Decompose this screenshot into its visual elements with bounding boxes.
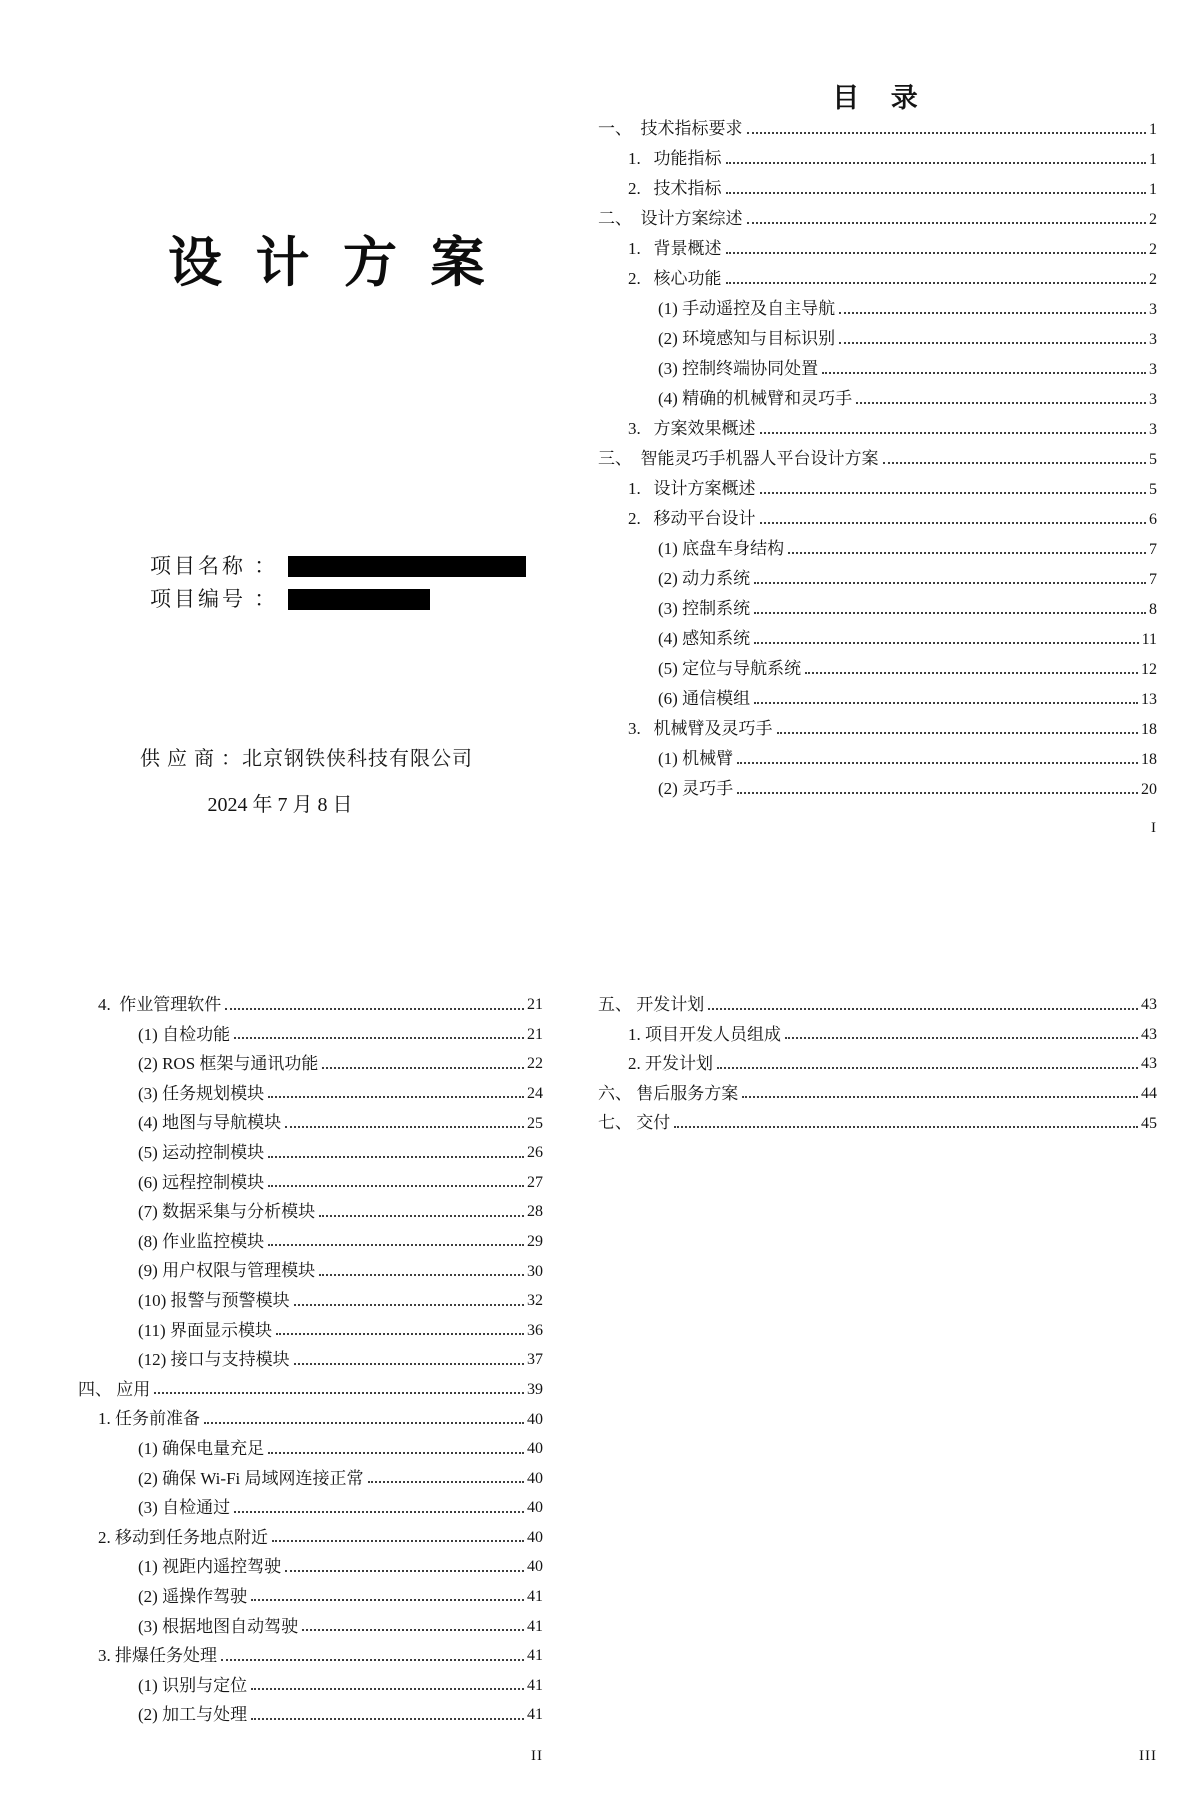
toc-entry: (2) 遥操作驾驶41 (78, 1581, 543, 1611)
toc-leader-dots (726, 252, 1147, 254)
toc-entry: (2) 灵巧手20 (598, 773, 1157, 803)
toc-leader-dots (251, 1718, 524, 1720)
toc-entry: (1) 底盘车身结构7 (598, 533, 1157, 563)
toc-entry-label: (6) 通信模组 (658, 689, 750, 709)
toc-entry-label: (4) 精确的机械臂和灵巧手 (658, 389, 852, 409)
toc-leader-dots (322, 1067, 524, 1069)
toc-entry: (1) 视距内遥控驾驶40 (78, 1551, 543, 1581)
toc-entry-page-number: 45 (1141, 1115, 1157, 1133)
toc-entry: (1) 手动遥控及自主导航3 (598, 293, 1157, 323)
document-date: 2024 年 7 月 8 日 (0, 788, 560, 817)
toc-entry-page-number: 1 (1149, 181, 1157, 199)
toc-entry: 3. 机械臂及灵巧手18 (598, 713, 1157, 743)
toc-entry-label: 六、 售后服务方案 (598, 1084, 738, 1104)
toc-leader-dots (251, 1688, 524, 1690)
toc-entry-label: 2. 核心功能 (628, 269, 722, 289)
toc-entry-page-number: 3 (1149, 421, 1157, 439)
toc-entry-page-number: 28 (527, 1203, 543, 1221)
toc-entry: (2) 加工与处理41 (78, 1699, 543, 1729)
toc-entry-label: (4) 感知系统 (658, 629, 750, 649)
toc-leader-dots (754, 702, 1138, 704)
toc-entry-page-number: 3 (1149, 331, 1157, 349)
toc-entry: (2) 确保 Wi-Fi 局域网连接正常40 (78, 1463, 543, 1493)
toc-entry: 1. 项目开发人员组成43 (598, 1019, 1157, 1049)
toc-entry-page-number: 41 (527, 1588, 543, 1606)
toc-leader-dots (221, 1659, 524, 1661)
toc-page-1: 目 录 一、 技术指标要求11. 功能指标12. 技术指标1二、 设计方案综述2… (560, 0, 1200, 900)
toc-entry-label: (3) 控制终端协同处置 (658, 359, 818, 379)
toc-leader-dots (319, 1215, 524, 1217)
toc-leader-dots (234, 1511, 524, 1513)
toc-entry-label: 七、 交付 (598, 1113, 670, 1133)
toc-entry-label: (2) ROS 框架与通讯功能 (138, 1054, 318, 1074)
toc-entry-label: (3) 控制系统 (658, 599, 750, 619)
toc-entry-label: (9) 用户权限与管理模块 (138, 1261, 315, 1281)
page-number-footer-2: II (78, 1748, 543, 1765)
toc-entry-label: 3. 机械臂及灵巧手 (628, 719, 773, 739)
toc-entry-label: 四、 应用 (78, 1380, 150, 1400)
toc-entry-label: 一、 技术指标要求 (598, 119, 743, 139)
toc-entry-page-number: 36 (527, 1322, 543, 1340)
toc-leader-dots (747, 222, 1147, 224)
toc-leader-dots (285, 1126, 524, 1128)
toc-leader-dots (225, 1008, 524, 1010)
toc-entry-page-number: 41 (527, 1706, 543, 1724)
page-number-footer-1: I (598, 820, 1157, 837)
toc-entry-page-number: 40 (527, 1470, 543, 1488)
toc-leader-dots (251, 1599, 524, 1601)
toc-entry: (4) 地图与导航模块25 (78, 1107, 543, 1137)
toc-entry: (3) 控制系统8 (598, 593, 1157, 623)
toc-entry-label: (2) 加工与处理 (138, 1705, 247, 1725)
toc-leader-dots (760, 522, 1147, 524)
toc-entry-page-number: 26 (527, 1144, 543, 1162)
toc-leader-dots (276, 1333, 524, 1335)
toc-leader-dots (708, 1008, 1138, 1010)
toc-entry: (10) 报警与预警模块32 (78, 1285, 543, 1315)
toc-leader-dots (760, 492, 1147, 494)
toc-entry: 六、 售后服务方案44 (598, 1078, 1157, 1108)
toc-entry-label: (2) 遥操作驾驶 (138, 1587, 247, 1607)
toc-leader-dots (154, 1392, 524, 1394)
toc-entry-label: 1. 项目开发人员组成 (628, 1025, 781, 1045)
toc-entry-label: 2. 技术指标 (628, 179, 722, 199)
toc-entry-label: (1) 自检功能 (138, 1025, 230, 1045)
toc-leader-dots (726, 282, 1147, 284)
toc-leader-dots (268, 1452, 524, 1454)
toc-entry-label: 3. 方案效果概述 (628, 419, 756, 439)
toc-entry-page-number: 43 (1141, 1026, 1157, 1044)
toc-entry-page-number: 13 (1141, 691, 1157, 709)
toc-leader-dots (368, 1481, 525, 1483)
toc-entry: 五、 开发计划43 (598, 989, 1157, 1019)
toc-leader-dots (747, 132, 1147, 134)
toc-entry-label: (1) 底盘车身结构 (658, 539, 784, 559)
toc-entry-page-number: 3 (1149, 301, 1157, 319)
toc-entry-page-number: 41 (527, 1677, 543, 1695)
toc-entry: 一、 技术指标要求1 (598, 113, 1157, 143)
toc-leader-dots (726, 162, 1147, 164)
toc-entry-label: (5) 运动控制模块 (138, 1143, 264, 1163)
toc-entry-label: (4) 地图与导航模块 (138, 1113, 281, 1133)
toc-entry-page-number: 25 (527, 1115, 543, 1133)
toc-entry: 1. 设计方案概述5 (598, 473, 1157, 503)
toc-entry-page-number: 43 (1141, 1055, 1157, 1073)
project-code-label: 项目编号 ： (150, 589, 278, 610)
toc-entry: (3) 自检通过40 (78, 1492, 543, 1522)
toc-entry-label: 2. 移动到任务地点附近 (98, 1528, 268, 1548)
toc-entry-page-number: 27 (527, 1174, 543, 1192)
toc-entry: 2. 移动到任务地点附近40 (78, 1522, 543, 1552)
project-name-redacted-bar (288, 556, 526, 577)
toc-entry-page-number: 24 (527, 1085, 543, 1103)
toc-entry: (6) 远程控制模块27 (78, 1167, 543, 1197)
toc-entry-label: 三、 智能灵巧手机器人平台设计方案 (598, 449, 879, 469)
toc-entry-page-number: 41 (527, 1618, 543, 1636)
toc-entry-page-number: 20 (1141, 781, 1157, 799)
toc-leader-dots (760, 432, 1147, 434)
toc-entry-page-number: 6 (1149, 511, 1157, 529)
toc-entry-label: (3) 自检通过 (138, 1498, 230, 1518)
toc-entry: (4) 精确的机械臂和灵巧手3 (598, 383, 1157, 413)
toc-entry: 2. 开发计划43 (598, 1048, 1157, 1078)
toc-entry-page-number: 12 (1141, 661, 1157, 679)
toc-entry-label: 4. 作业管理软件 (98, 995, 221, 1015)
toc-entry-label: 二、 设计方案综述 (598, 209, 743, 229)
title-page: 设 计 方 案 项目名称 ： 项目编号 ： 供 应 商 ：北京钢铁侠科技有限公司… (0, 0, 560, 900)
toc-header: 目 录 (598, 76, 1158, 115)
document-title: 设 计 方 案 (168, 234, 495, 293)
toc-entry-page-number: 2 (1149, 211, 1157, 229)
toc-entry-page-number: 21 (527, 1026, 543, 1044)
toc-entry: 3. 方案效果概述3 (598, 413, 1157, 443)
toc-entry: (5) 运动控制模块26 (78, 1137, 543, 1167)
project-code-field: 项目编号 ： (150, 586, 430, 612)
toc-entry-label: (7) 数据采集与分析模块 (138, 1202, 315, 1222)
toc-entry-page-number: 29 (527, 1233, 543, 1251)
toc-entry-label: 2. 开发计划 (628, 1054, 713, 1074)
toc-leader-dots (737, 762, 1138, 764)
toc-entry: (9) 用户权限与管理模块30 (78, 1255, 543, 1285)
toc-entry: (2) 环境感知与目标识别3 (598, 323, 1157, 353)
toc-entry: (1) 识别与定位41 (78, 1670, 543, 1700)
toc-entry-page-number: 18 (1141, 751, 1157, 769)
toc-entry-label: (1) 识别与定位 (138, 1676, 247, 1696)
toc-leader-dots (822, 372, 1146, 374)
toc-entry-label: (8) 作业监控模块 (138, 1232, 264, 1252)
toc-leader-dots (754, 582, 1146, 584)
toc-entry: (4) 感知系统11 (598, 623, 1157, 653)
toc-entry: (11) 界面显示模块36 (78, 1315, 543, 1345)
toc-entry-page-number: 5 (1149, 451, 1157, 469)
toc-entry-label: (6) 远程控制模块 (138, 1173, 264, 1193)
toc-leader-dots (268, 1244, 524, 1246)
toc-entry-label: (11) 界面显示模块 (138, 1321, 272, 1341)
toc-entry-label: (1) 确保电量充足 (138, 1439, 264, 1459)
toc-entry: 1. 背景概述2 (598, 233, 1157, 263)
toc-entry-page-number: 40 (527, 1499, 543, 1517)
toc-leader-dots (204, 1422, 524, 1424)
toc-page-2: 4. 作业管理软件21(1) 自检功能21(2) ROS 框架与通讯功能22(3… (0, 900, 600, 1800)
toc-entry-label: (1) 机械臂 (658, 749, 733, 769)
toc-leader-dots (737, 792, 1138, 794)
toc-entry-label: (1) 视距内遥控驾驶 (138, 1557, 281, 1577)
toc-entry-label: 2. 移动平台设计 (628, 509, 756, 529)
toc-leader-dots (883, 462, 1147, 464)
toc-entry: (6) 通信模组13 (598, 683, 1157, 713)
toc-entry: 1. 功能指标1 (598, 143, 1157, 173)
toc-leader-dots (302, 1629, 524, 1631)
toc-leader-dots (839, 312, 1146, 314)
toc-leader-dots (788, 552, 1146, 554)
toc-leader-dots (726, 192, 1147, 194)
toc-entry-label: (2) 灵巧手 (658, 779, 733, 799)
toc-list-1: 一、 技术指标要求11. 功能指标12. 技术指标1二、 设计方案综述21. 背… (598, 113, 1157, 803)
toc-entry-page-number: 40 (527, 1558, 543, 1576)
toc-entry-label: (3) 任务规划模块 (138, 1084, 264, 1104)
toc-entry-page-number: 3 (1149, 361, 1157, 379)
toc-leader-dots (742, 1096, 1138, 1098)
toc-entry-page-number: 44 (1141, 1085, 1157, 1103)
toc-entry: (2) 动力系统7 (598, 563, 1157, 593)
toc-leader-dots (777, 732, 1139, 734)
toc-leader-dots (268, 1185, 524, 1187)
project-name-field: 项目名称 ： (150, 553, 526, 579)
toc-entry: (2) ROS 框架与通讯功能22 (78, 1048, 543, 1078)
toc-leader-dots (805, 672, 1138, 674)
toc-entry-label: 1. 背景概述 (628, 239, 722, 259)
toc-entry-page-number: 8 (1149, 601, 1157, 619)
toc-entry: 1. 任务前准备40 (78, 1403, 543, 1433)
document-spread: { "title_page": { "title": "设 计 方 案", "p… (0, 0, 1200, 1800)
toc-entry-page-number: 5 (1149, 481, 1157, 499)
toc-entry: 二、 设计方案综述2 (598, 203, 1157, 233)
toc-entry: (7) 数据采集与分析模块28 (78, 1196, 543, 1226)
page-number-footer-3: III (598, 1748, 1157, 1765)
toc-entry-label: (1) 手动遥控及自主导航 (658, 299, 835, 319)
toc-entry-label: 五、 开发计划 (598, 995, 704, 1015)
toc-entry-page-number: 11 (1142, 631, 1157, 649)
toc-entry: (3) 控制终端协同处置3 (598, 353, 1157, 383)
toc-entry: 三、 智能灵巧手机器人平台设计方案5 (598, 443, 1157, 473)
toc-leader-dots (268, 1096, 524, 1098)
toc-entry: 4. 作业管理软件21 (78, 989, 543, 1019)
toc-entry-page-number: 1 (1149, 151, 1157, 169)
toc-entry-label: 1. 设计方案概述 (628, 479, 756, 499)
toc-entry-label: (2) 动力系统 (658, 569, 750, 589)
toc-leader-dots (272, 1540, 524, 1542)
toc-entry-page-number: 18 (1141, 721, 1157, 739)
toc-entry-page-number: 22 (527, 1055, 543, 1073)
toc-leader-dots (285, 1570, 524, 1572)
toc-entry: (12) 接口与支持模块37 (78, 1344, 543, 1374)
toc-entry-page-number: 40 (527, 1440, 543, 1458)
toc-leader-dots (268, 1156, 524, 1158)
toc-leader-dots (294, 1304, 524, 1306)
toc-leader-dots (674, 1126, 1138, 1128)
toc-entry-page-number: 39 (527, 1381, 543, 1399)
toc-entry-page-number: 7 (1149, 541, 1157, 559)
toc-entry: (1) 确保电量充足40 (78, 1433, 543, 1463)
toc-entry-label: (5) 定位与导航系统 (658, 659, 801, 679)
toc-entry-page-number: 37 (527, 1351, 543, 1369)
toc-leader-dots (839, 342, 1146, 344)
toc-entry-label: (2) 确保 Wi-Fi 局域网连接正常 (138, 1469, 364, 1489)
toc-entry: (3) 根据地图自动驾驶41 (78, 1610, 543, 1640)
toc-entry: (1) 自检功能21 (78, 1019, 543, 1049)
toc-entry-page-number: 32 (527, 1292, 543, 1310)
toc-entry-label: 1. 功能指标 (628, 149, 722, 169)
toc-entry-page-number: 2 (1149, 241, 1157, 259)
toc-entry: (5) 定位与导航系统12 (598, 653, 1157, 683)
toc-entry-page-number: 7 (1149, 571, 1157, 589)
toc-leader-dots (754, 612, 1146, 614)
toc-entry-label: 1. 任务前准备 (98, 1409, 200, 1429)
toc-leader-dots (234, 1037, 524, 1039)
toc-entry: 2. 核心功能2 (598, 263, 1157, 293)
toc-entry: 四、 应用39 (78, 1374, 543, 1404)
toc-leader-dots (856, 402, 1146, 404)
toc-entry: 2. 技术指标1 (598, 173, 1157, 203)
toc-entry-label: (10) 报警与预警模块 (138, 1291, 290, 1311)
toc-entry-label: (2) 环境感知与目标识别 (658, 329, 835, 349)
toc-entry-label: (12) 接口与支持模块 (138, 1350, 290, 1370)
project-code-redacted-bar (288, 589, 430, 610)
toc-entry-page-number: 30 (527, 1263, 543, 1281)
toc-entry-page-number: 21 (527, 996, 543, 1014)
toc-leader-dots (294, 1363, 524, 1365)
toc-entry-page-number: 1 (1149, 121, 1157, 139)
toc-list-3: 五、 开发计划431. 项目开发人员组成432. 开发计划43六、 售后服务方案… (598, 989, 1157, 1137)
toc-entry-label: (3) 根据地图自动驾驶 (138, 1617, 298, 1637)
toc-entry-page-number: 40 (527, 1411, 543, 1429)
toc-entry-page-number: 40 (527, 1529, 543, 1547)
toc-leader-dots (319, 1274, 524, 1276)
supplier-line: 供 应 商 ：北京钢铁侠科技有限公司 (140, 742, 473, 771)
toc-entry: (1) 机械臂18 (598, 743, 1157, 773)
toc-entry: 3. 排爆任务处理41 (78, 1640, 543, 1670)
toc-list-2: 4. 作业管理软件21(1) 自检功能21(2) ROS 框架与通讯功能22(3… (78, 989, 543, 1729)
toc-leader-dots (717, 1067, 1138, 1069)
toc-entry-page-number: 41 (527, 1647, 543, 1665)
toc-entry: (3) 任务规划模块24 (78, 1078, 543, 1108)
toc-page-3: 五、 开发计划431. 项目开发人员组成432. 开发计划43六、 售后服务方案… (560, 900, 1200, 1800)
toc-entry: 七、 交付45 (598, 1107, 1157, 1137)
toc-entry-label: 3. 排爆任务处理 (98, 1646, 217, 1666)
toc-entry: 2. 移动平台设计6 (598, 503, 1157, 533)
toc-leader-dots (754, 642, 1139, 644)
toc-entry-page-number: 43 (1141, 996, 1157, 1014)
project-name-label: 项目名称 ： (150, 556, 278, 577)
toc-leader-dots (785, 1037, 1138, 1039)
toc-entry-page-number: 2 (1149, 271, 1157, 289)
toc-entry-page-number: 3 (1149, 391, 1157, 409)
toc-entry: (8) 作业监控模块29 (78, 1226, 543, 1256)
